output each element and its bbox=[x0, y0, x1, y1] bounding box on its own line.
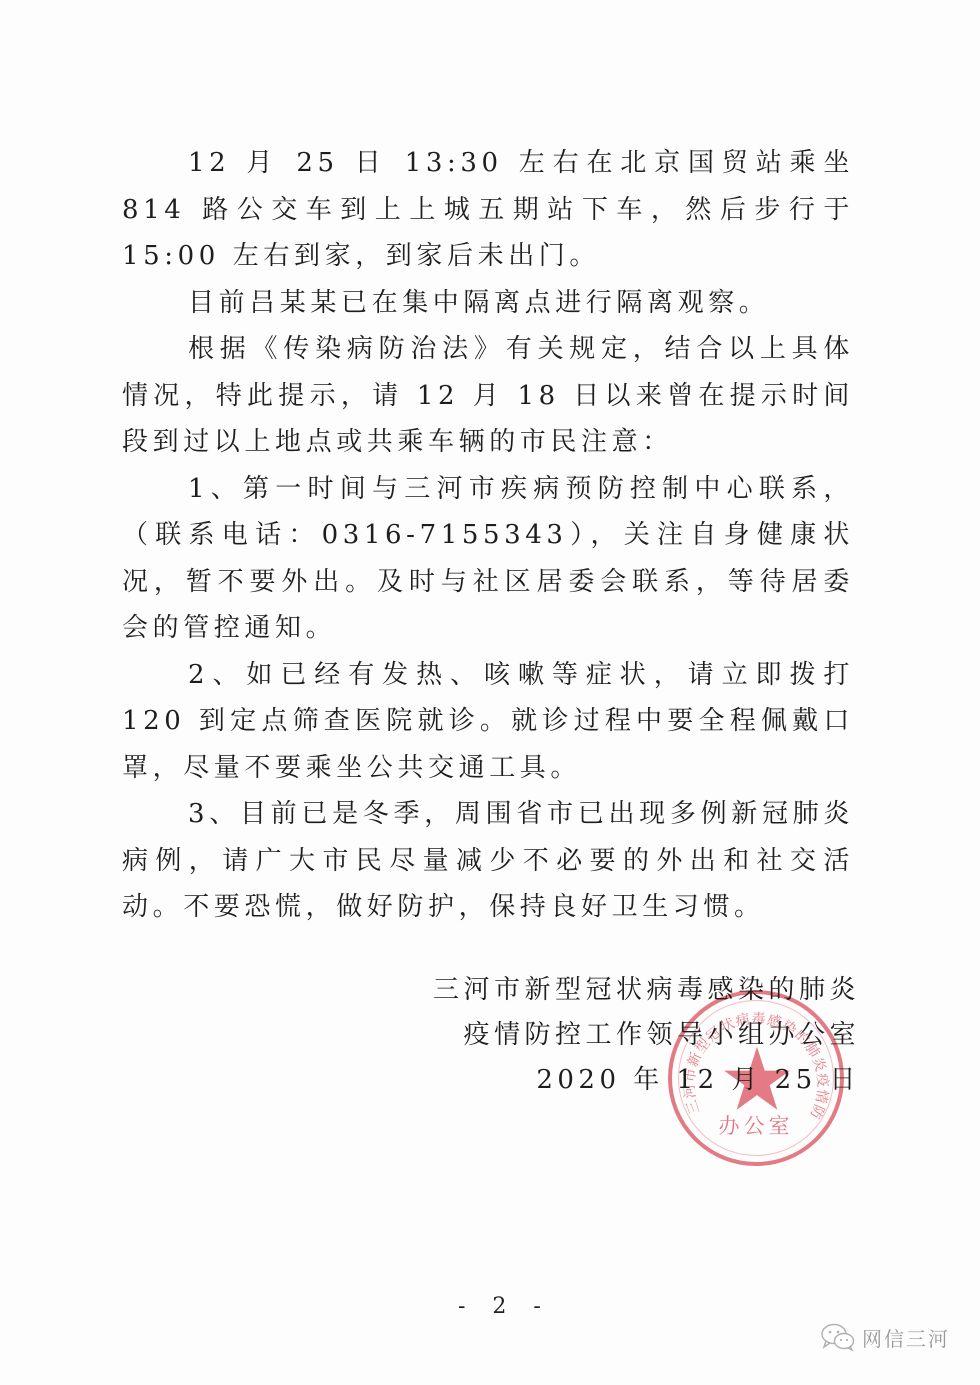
page-number: - 2 - bbox=[458, 1294, 551, 1319]
paragraph-instruction-1: 1、第一时间与三河市疾病预防控制中心联系，（联系电话：0316-7155343）… bbox=[122, 466, 854, 652]
wechat-icon bbox=[820, 1322, 856, 1352]
paragraph-instruction-3: 3、目前已是冬季，周围省市已出现多例新冠肺炎病例，请广大市民尽量减少不必要的外出… bbox=[122, 791, 854, 931]
paragraph-itinerary: 12 月 25 日 13:30 左右在北京国贸站乘坐 814 路公交车到上上城五… bbox=[122, 140, 854, 280]
signature-org-line-2: 疫情防控工作领导小组办公室 bbox=[433, 1013, 860, 1058]
signature-date: 2020 年 12 月 25 日 bbox=[433, 1058, 860, 1103]
signature-org-line-1: 三河市新型冠状病毒感染的肺炎 bbox=[433, 968, 860, 1013]
wechat-watermark: 网信三河 bbox=[820, 1322, 950, 1352]
paragraph-instruction-2: 2、如已经有发热、咳嗽等症状，请立即拨打 120 到定点筛查医院就诊。就诊过程中… bbox=[122, 652, 854, 792]
paragraph-isolation-status: 目前吕某某已在集中隔离点进行隔离观察。 bbox=[122, 280, 854, 327]
document-body: 12 月 25 日 13:30 左右在北京国贸站乘坐 814 路公交车到上上城五… bbox=[122, 140, 854, 931]
paragraph-legal-notice: 根据《传染病防治法》有关规定，结合以上具体情况，特此提示，请 12 月 18 日… bbox=[122, 326, 854, 466]
watermark-label: 网信三河 bbox=[862, 1323, 950, 1352]
signature-block: 三河市新型冠状病毒感染的肺炎 疫情防控工作领导小组办公室 2020 年 12 月… bbox=[433, 968, 860, 1103]
document-page: 12 月 25 日 13:30 左右在北京国贸站乘坐 814 路公交车到上上城五… bbox=[0, 0, 980, 1385]
seal-bottom-text: 办公室 bbox=[672, 1110, 840, 1140]
